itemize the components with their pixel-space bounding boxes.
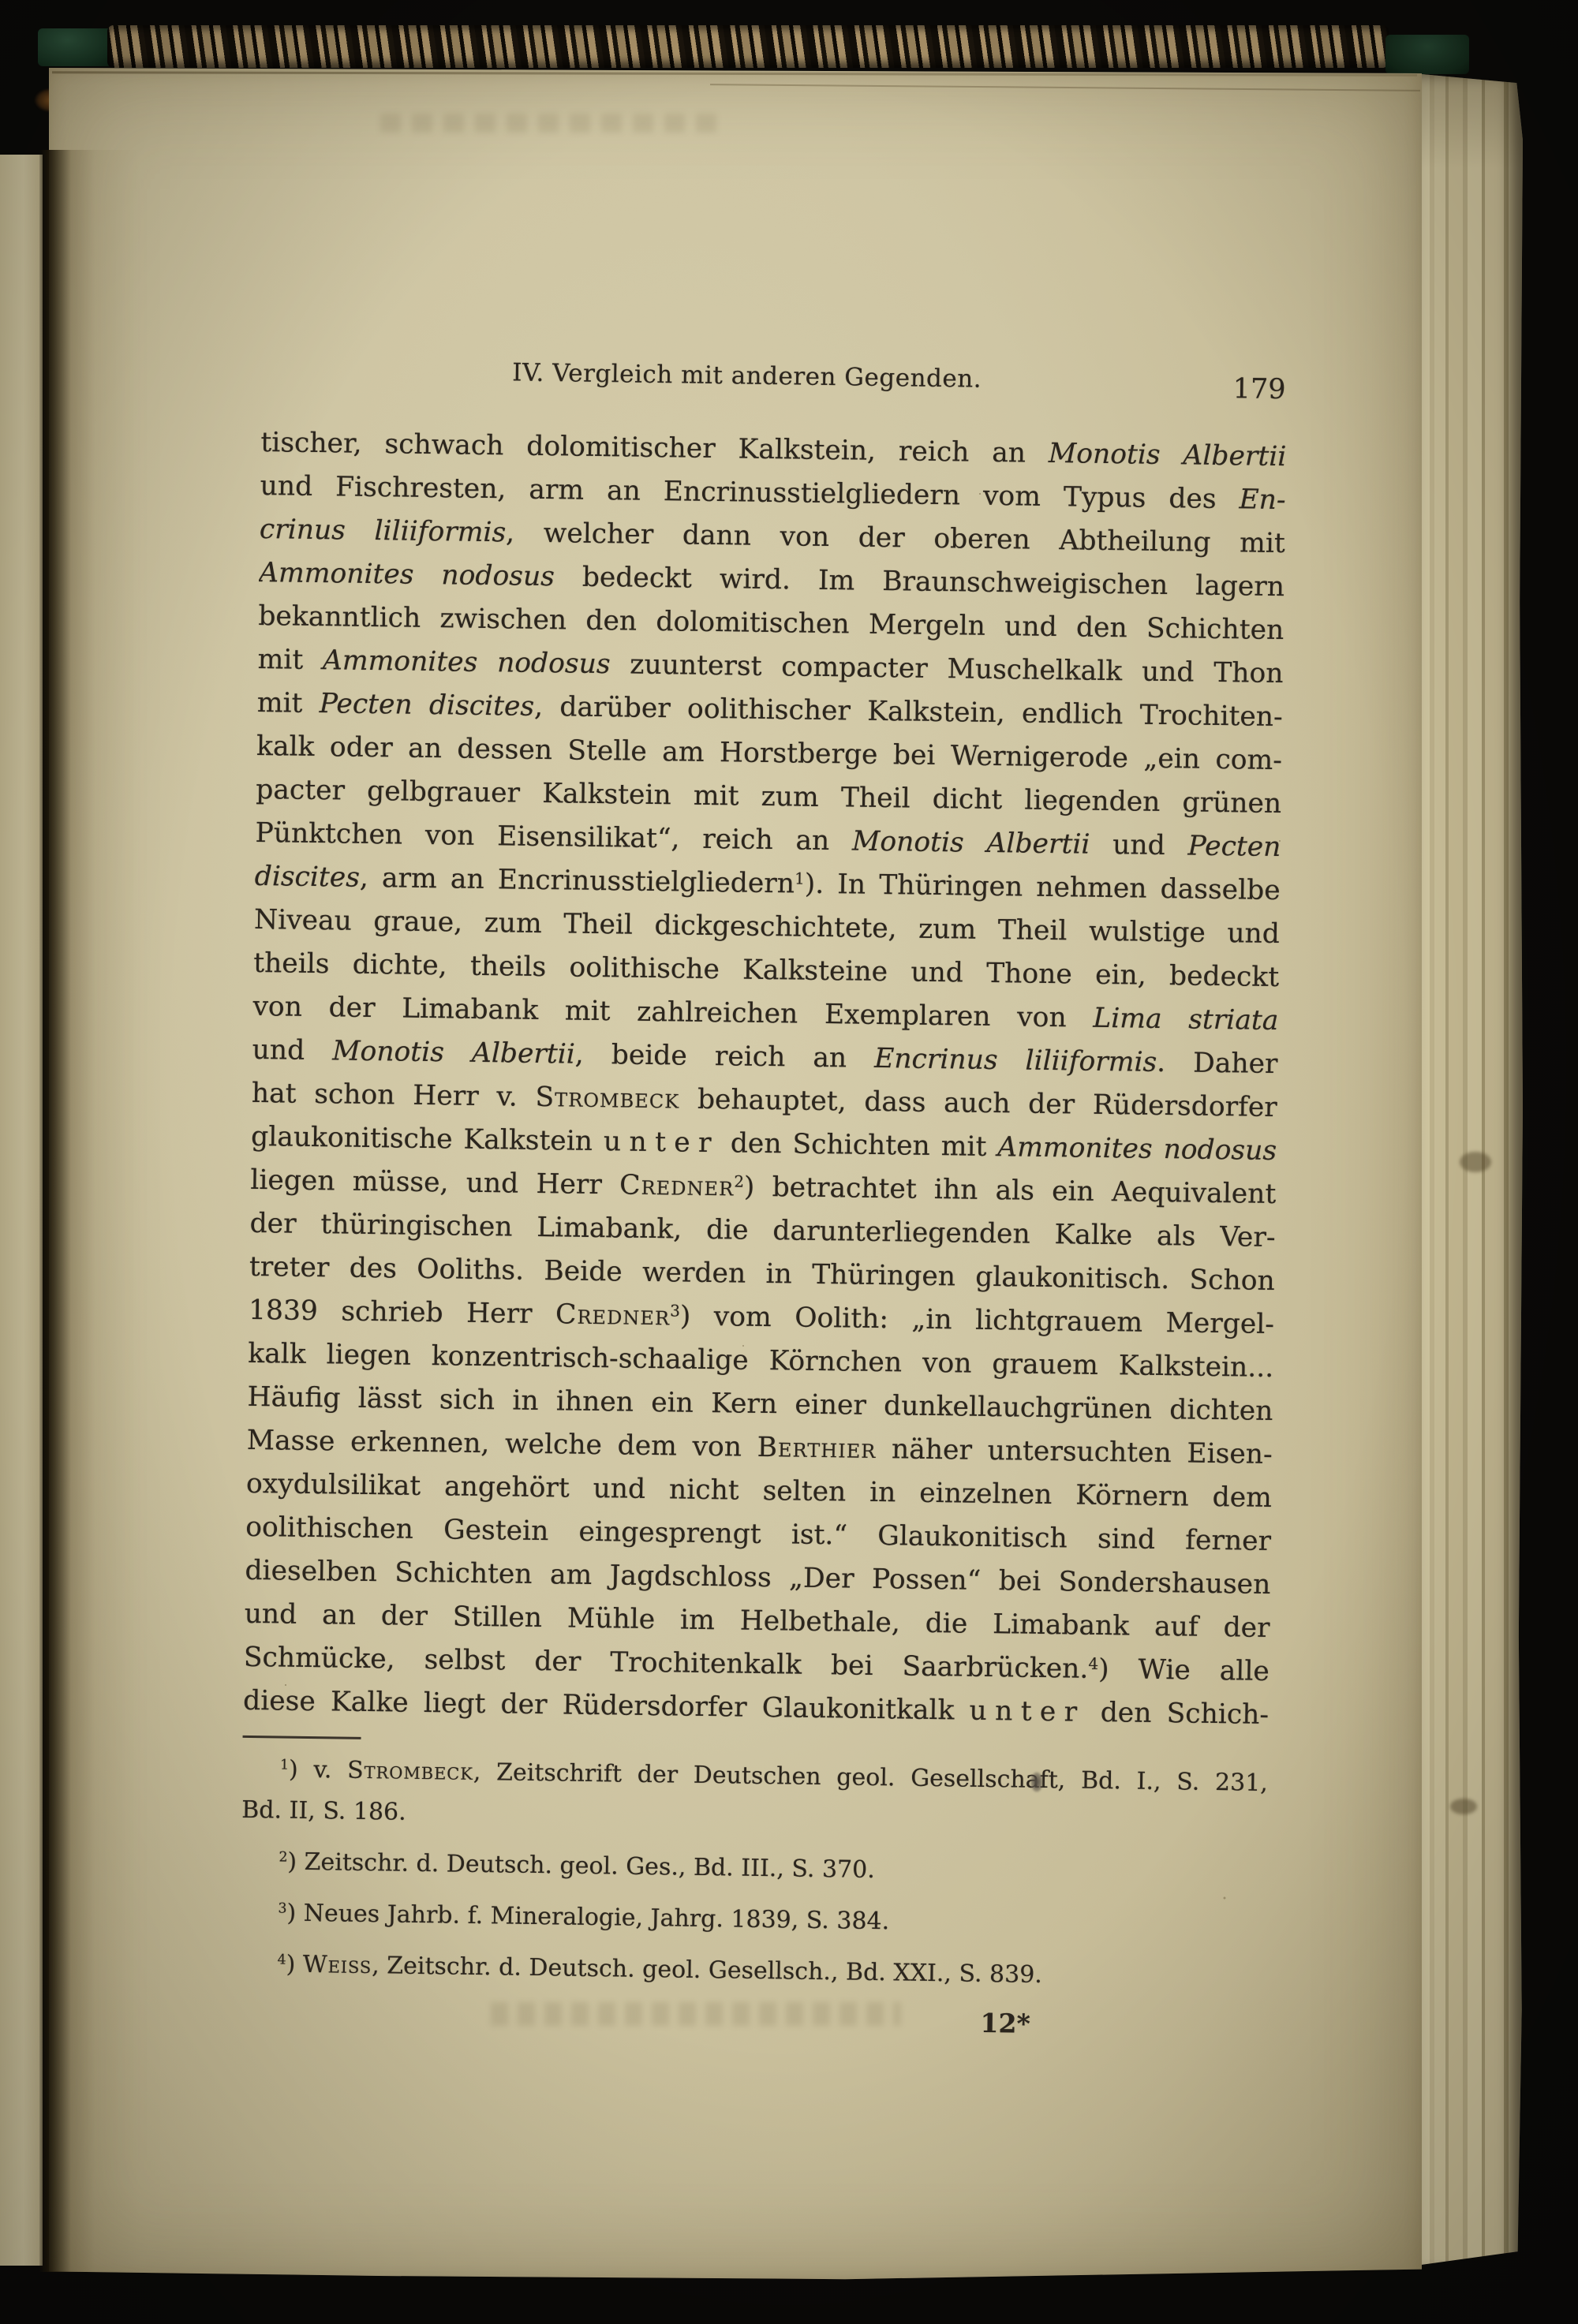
running-title: IV. Vergleich mit anderen Gegenden. [261,355,1287,398]
footnote-rule [243,1736,361,1739]
ink-smudge [1030,1772,1043,1792]
show-through-top [380,114,720,133]
page-number: 179 [1232,373,1285,405]
page-header: IV. Vergleich mit anderen Gegenden. 179 [261,355,1288,410]
edge-ding [1450,1799,1477,1814]
page-content: IV. Vergleich mit anderen Gegenden. 179 … [238,355,1287,2042]
footnote-line: 4) Weiss, Zeitschr. d. Deutsch. geol. Ge… [239,1944,1266,1999]
page-edges-right [1422,74,1523,2274]
book-scan-photo: IV. Vergleich mit anderen Gegenden. 179 … [0,0,1578,2324]
book-page: IV. Vergleich mit anderen Gegenden. 179 … [49,68,1422,2281]
spine-leather-right [1385,35,1469,74]
spine-leather-left [38,28,112,66]
signature-mark: 12* [238,1997,1264,2042]
body-text: tischer, schwach dolomitischer Kalkstein… [243,421,1287,1737]
facing-page-edge [0,155,43,2266]
footnote-line: 2) Zeitschr. d. Deutsch. geol. Ges., Bd.… [241,1841,1267,1896]
footnote-line: 3) Neues Jahrb. f. Mineralogie, Jahrg. 1… [240,1892,1266,1948]
headband [107,25,1389,68]
edge-ding [1460,1152,1491,1172]
footnotes: 1) v. Strombeck, Zeitschrift der Deutsch… [239,1749,1268,1999]
